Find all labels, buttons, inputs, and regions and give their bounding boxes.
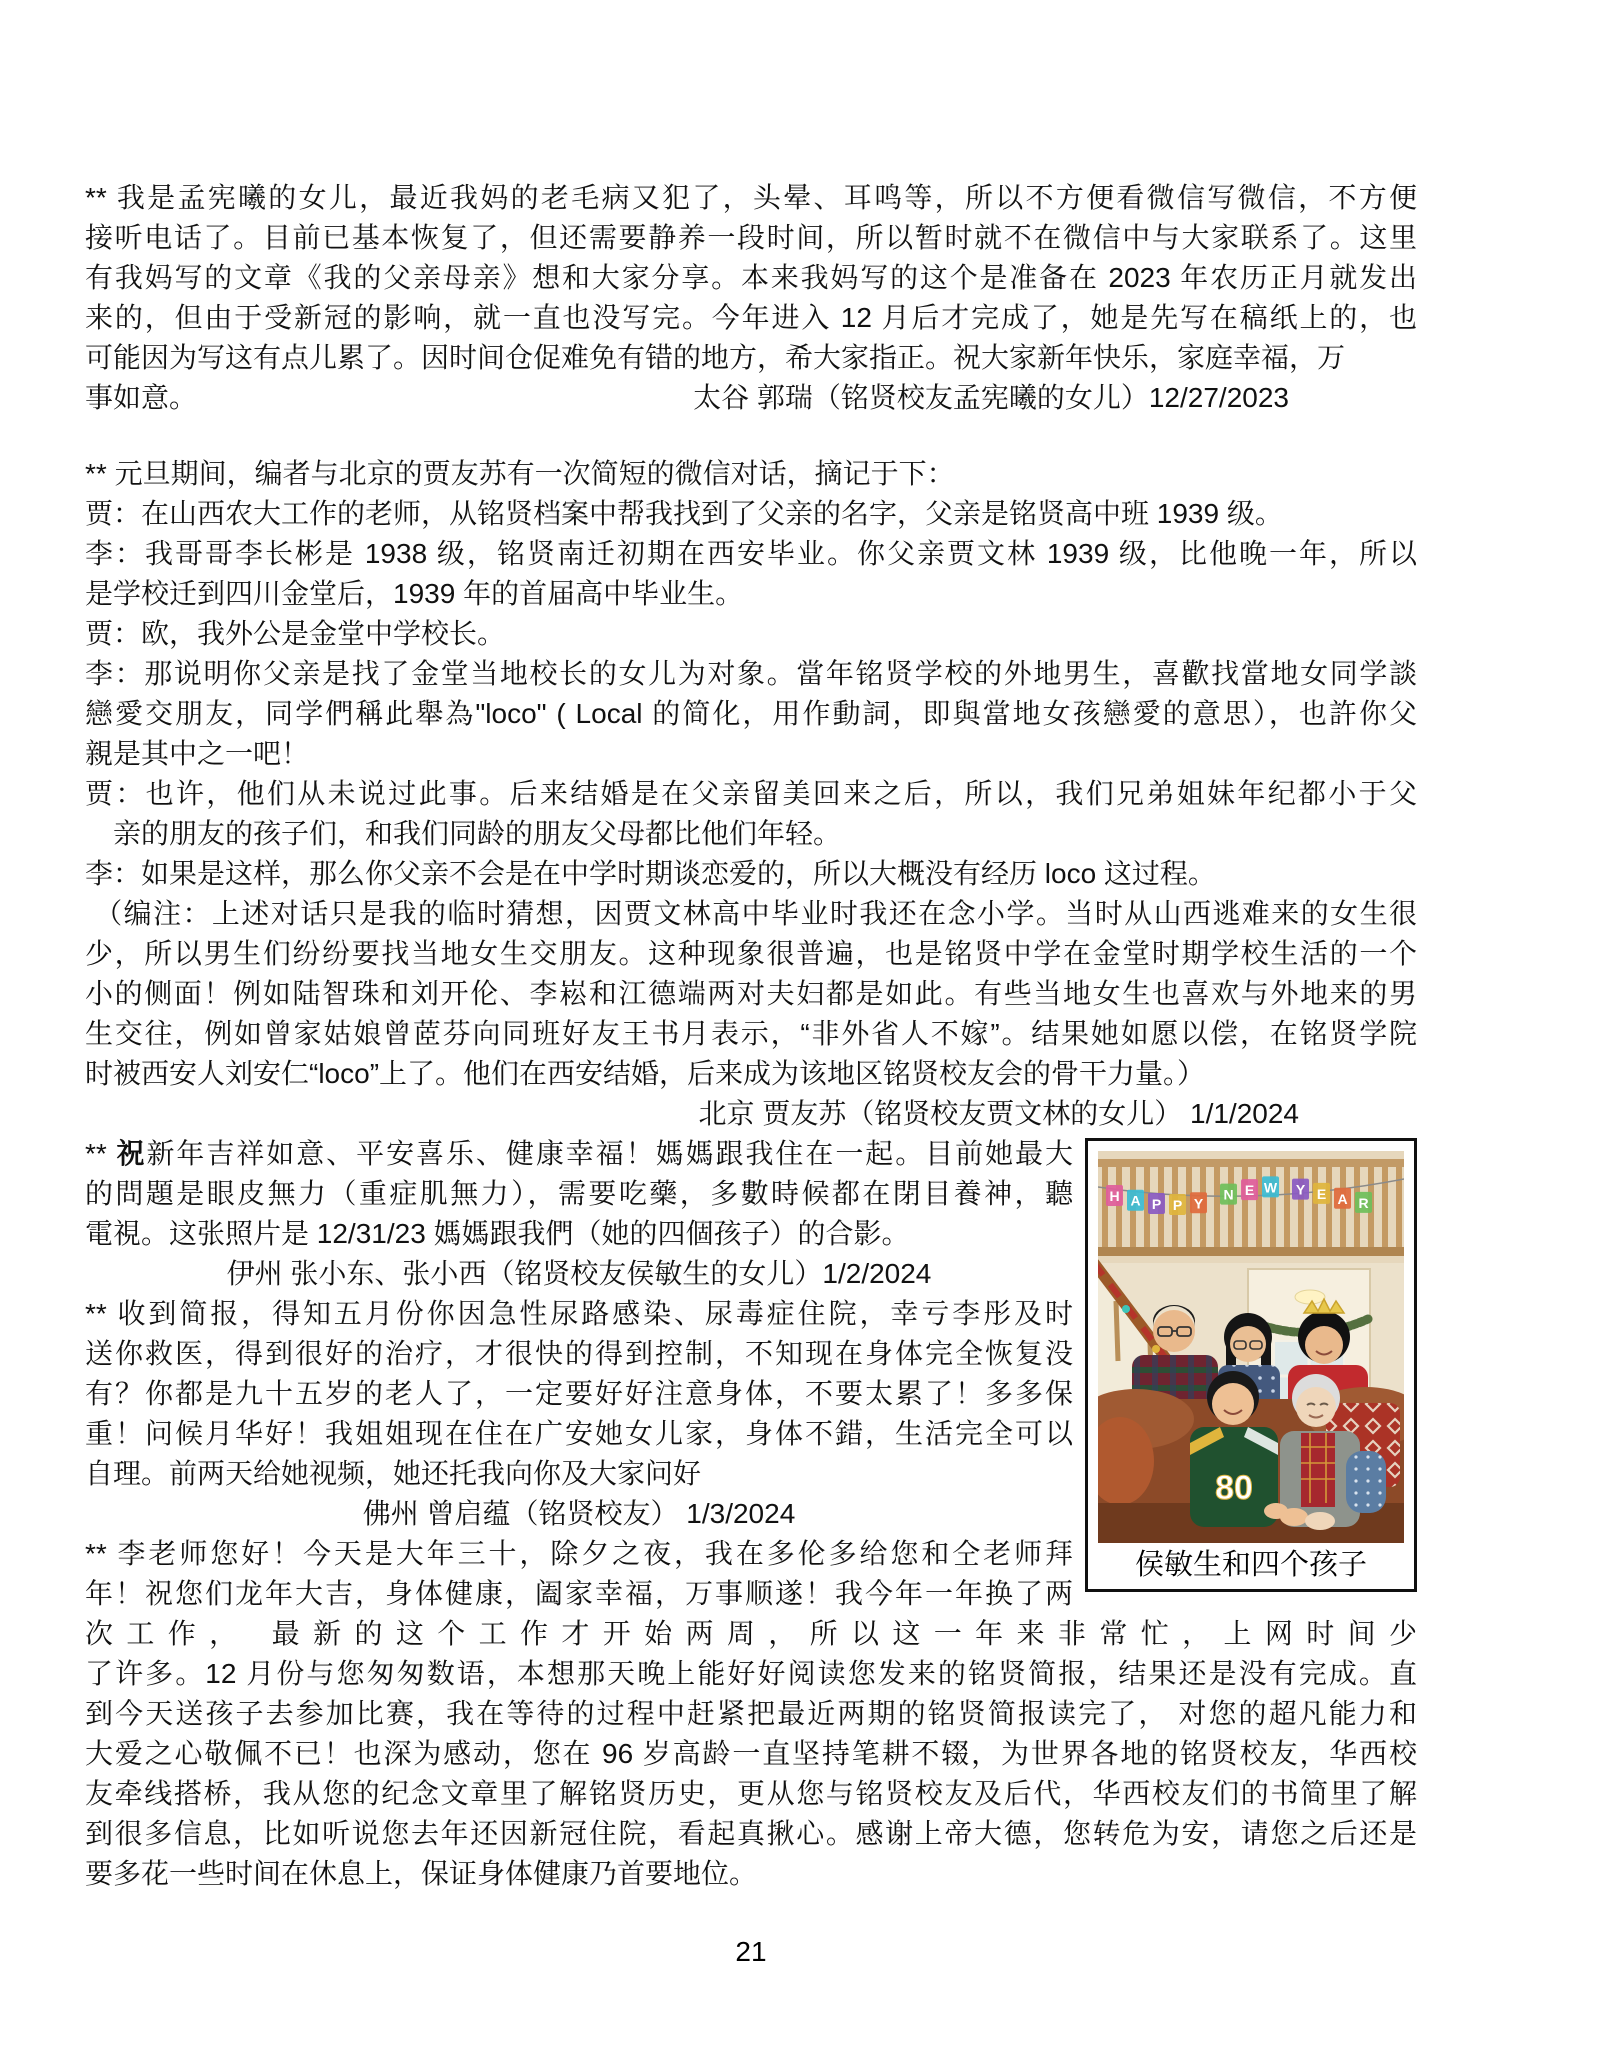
text-line: 生交往，例如曾家姑娘曾茝芬向同班好友王书月表示，“非外省人不嫁”。结果她如愿以偿… <box>85 1014 1417 1054</box>
editor-note: （编注：上述对话只是我的临时猜想，因贾文林高中毕业时我还在念小学。当时从山西逃难… <box>85 894 1417 1094</box>
svg-text:Y: Y <box>1296 1182 1306 1198</box>
text-line: 贾：欧，我外公是金堂中学校长。 <box>85 614 1417 654</box>
text-line: 到很多信息，比如听说您去年还因新冠住院，看起真揪心。感谢上帝大德，您转危为安，请… <box>85 1814 1417 1854</box>
text-line: 李：那说明你父亲是找了金堂当地校长的女儿为对象。當年铭贤学校的外地男生，喜歡找當… <box>85 654 1417 694</box>
svg-text:Y: Y <box>1194 1195 1204 1211</box>
svg-text:P: P <box>1152 1196 1161 1212</box>
signature-line: 太谷 郭瑞（铭贤校友孟宪曦的女儿）12/27/2023 <box>693 378 1289 418</box>
svg-text:E: E <box>1245 1182 1254 1198</box>
jersey-number: 80 <box>1215 1469 1253 1507</box>
newsletter-page-body: ** 我是孟宪曦的女儿，最近我妈的老毛病又犯了，头晕、耳鸣等，所以不方便看微信写… <box>85 178 1417 1894</box>
text-line: （编注：上述对话只是我的临时猜想，因贾文林高中毕业时我还在念小学。当时从山西逃难… <box>85 894 1417 934</box>
svg-text:H: H <box>1109 1188 1119 1204</box>
letter-mengxianxi-daughter: ** 我是孟宪曦的女儿，最近我妈的老毛病又犯了，头晕、耳鸣等，所以不方便看微信写… <box>85 178 1417 378</box>
text-line: ** 我是孟宪曦的女儿，最近我妈的老毛病又犯了，头晕、耳鸣等，所以不方便看微信写… <box>85 178 1417 218</box>
text-line: 戀愛交朋友，同学們稱此舉為"loco" ( Local 的简化，用作動詞，即與當… <box>85 694 1417 734</box>
svg-text:W: W <box>1264 1179 1278 1195</box>
text-line: 李：如果是这样，那么你父亲不会是在中学时期谈恋爱的，所以大概没有经历 loco … <box>85 854 1417 894</box>
text-line: 友牵线搭桥，我从您的纪念文章里了解铭贤历史，更从您与铭贤校友及后代，华西校友们的… <box>85 1774 1417 1814</box>
paragraph-tail: 事如意。 <box>85 378 197 418</box>
blank-line <box>85 418 1417 454</box>
text-line: 了许多。12 月份与您匆匆数语，本想那天晚上能好好阅读您发来的铭贤简报，结果还是… <box>85 1654 1417 1694</box>
dialogue-intro: ** 元旦期间，编者与北京的贾友苏有一次简短的微信对话，摘记于下： <box>85 454 1417 494</box>
signature-beijing-jiayousu: 北京 贾友苏（铭贤校友贾文林的女儿） 1/1/2024 <box>85 1094 1417 1134</box>
family-photo-illustration: HAPPYNEWYEAR <box>1098 1151 1404 1543</box>
text-line: 李：我哥哥李长彬是 1938 级，铭贤南迁初期在西安毕业。你父亲贾文林 1939… <box>85 534 1417 574</box>
text-line: 小的侧面！例如陆智珠和刘开伦、李崧和江德端两对夫妇都是如此。有些当地女生也喜欢与… <box>85 974 1417 1014</box>
family-photo-frame: HAPPYNEWYEAR <box>1085 1138 1417 1592</box>
text-line: 少，所以男生们纷纷要找当地女生交朋友。这种现象很普遍，也是铭贤中学在金堂时期学校… <box>85 934 1417 974</box>
svg-text:N: N <box>1223 1187 1233 1203</box>
text-line: 时被西安人刘安仁“loco”上了。他们在西安结婚，后来成为该地区铭贤校友会的骨干… <box>85 1054 1417 1094</box>
text-line: 次工作， 最新的这个工作才开始两周，所以这一年来非常忙，上网时间少 <box>85 1614 1417 1654</box>
text-line: 亲的朋友的孩子们，和我们同龄的朋友父母都比他们年轻。 <box>85 814 1417 854</box>
text-line: 北京 贾友苏（铭贤校友贾文林的女儿） 1/1/2024 <box>85 1094 1417 1134</box>
text-line: 到今天送孩子去参加比赛，我在等待的过程中赶紧把最近两期的铭贤简报读完了， 对您的… <box>85 1694 1417 1734</box>
svg-text:A: A <box>1130 1193 1140 1209</box>
text-line: 贾：也许，他们从未说过此事。后来结婚是在父亲留美回来之后，所以，我们兄弟姐妹年纪… <box>85 774 1417 814</box>
svg-text:A: A <box>1337 1191 1347 1207</box>
text-line: 是学校迁到四川金堂后，1939 年的首届高中毕业生。 <box>85 574 1417 614</box>
svg-text:R: R <box>1358 1195 1368 1211</box>
dialogue-jia-1: 贾：在山西农大工作的老师，从铭贤档案中帮我找到了父亲的名字，父亲是铭贤高中班 1… <box>85 494 1417 534</box>
text-line: 有我妈写的文章《我的父亲母亲》想和大家分享。本来我妈写的这个是准备在 2023 … <box>85 258 1417 298</box>
dialogue-jia-2: 贾：欧，我外公是金堂中学校长。 <box>85 614 1417 654</box>
text-line: 大爱之心敬佩不已！也深为感动，您在 96 岁高龄一直坚持笔耕不辍，为世界各地的铭… <box>85 1734 1417 1774</box>
signature-taigu-guorui: 事如意。太谷 郭瑞（铭贤校友孟宪曦的女儿）12/27/2023 <box>85 378 1417 418</box>
dialogue-li-1: 李：我哥哥李长彬是 1938 级，铭贤南迁初期在西安毕业。你父亲贾文林 1939… <box>85 534 1417 614</box>
text-line: 接听电话了。目前已基本恢复了，但还需要静养一段时间，所以暂时就不在微信中与大家联… <box>85 218 1417 258</box>
photo-caption: 侯敏生和四个孩子 <box>1098 1543 1404 1587</box>
text-line: 来的，但由于受新冠的影响，就一直也没写完。今年进入 12 月后才完成了，她是先写… <box>85 298 1417 338</box>
text-line: 親是其中之一吧！ <box>85 734 1417 774</box>
dialogue-li-3: 李：如果是这样，那么你父亲不会是在中学时期谈恋爱的，所以大概没有经历 loco … <box>85 854 1417 894</box>
dialogue-jia-3: 贾：也许，他们从未说过此事。后来结婚是在父亲留美回来之后，所以，我们兄弟姐妹年纪… <box>85 774 1417 854</box>
text-line: 可能因为写这有点儿累了。因时间仓促难免有错的地方，希大家指正。祝大家新年快乐，家… <box>85 338 1417 378</box>
page-number: 21 <box>85 1936 1417 1968</box>
text-line: 要多花一些时间在休息上，保证身体健康乃首要地位。 <box>85 1854 1417 1894</box>
svg-text:E: E <box>1317 1186 1326 1202</box>
svg-text:P: P <box>1173 1197 1182 1213</box>
text-line: 贾：在山西农大工作的老师，从铭贤档案中帮我找到了父亲的名字，父亲是铭贤高中班 1… <box>85 494 1417 534</box>
dialogue-li-2: 李：那说明你父亲是找了金堂当地校长的女儿为对象。當年铭贤学校的外地男生，喜歡找當… <box>85 654 1417 774</box>
text-line: ** 元旦期间，编者与北京的贾友苏有一次简短的微信对话，摘记于下： <box>85 454 1417 494</box>
